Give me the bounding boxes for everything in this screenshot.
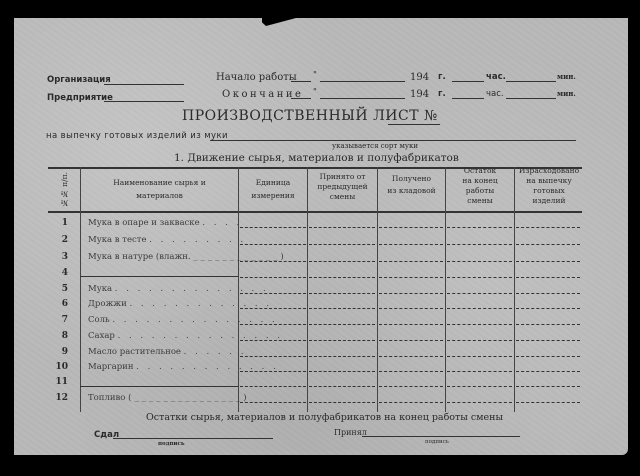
row-cell-field[interactable] [447, 356, 512, 357]
row-number: 11 [48, 377, 68, 387]
start-minutes-field[interactable] [506, 81, 556, 82]
row-number: 7 [48, 315, 68, 325]
row-cell-field[interactable] [516, 340, 580, 341]
row-cell-field[interactable] [309, 402, 375, 403]
row-cell-field[interactable] [447, 308, 512, 309]
end-hours-field[interactable] [452, 98, 484, 99]
enterprise-field[interactable] [104, 101, 184, 102]
column-header-spent: Израсходовано на выпечку готовых изделий [515, 166, 583, 206]
row-cell-field[interactable] [240, 261, 306, 262]
row-cell-field[interactable] [309, 324, 375, 325]
row-cell-field[interactable] [379, 227, 443, 228]
row-cell-field[interactable] [379, 244, 443, 245]
row-item-label: Мука [88, 284, 112, 294]
column-header-spent-line4: изделий [515, 196, 583, 206]
column-header-remainder-line3: работы [446, 186, 514, 196]
flour-grade-field[interactable] [210, 140, 576, 141]
page-title: ПРОИЗВОДСТВЕННЫЙ ЛИСТ № [182, 108, 438, 124]
start-date-field[interactable] [320, 81, 405, 82]
baking-label: на выпечку готовых изделий из муки [46, 131, 228, 141]
start-year: 194 [410, 72, 429, 83]
row-cell-field[interactable] [240, 371, 306, 372]
column-divider [307, 167, 308, 412]
row-cell-field[interactable] [516, 261, 580, 262]
row-cell-field[interactable] [240, 308, 306, 309]
column-header-remainder: Остаток на конец работы смены [446, 166, 514, 206]
end-hours-label: час. [486, 89, 504, 99]
row-leader-dots: . . . . [202, 218, 242, 228]
row-cell-field[interactable] [447, 244, 512, 245]
section-title: 1. Движение сырья, материалов и полуфабр… [174, 152, 459, 164]
row-number: 5 [48, 284, 68, 294]
end-year: 194 [410, 89, 429, 100]
row-leader-dots: (_______________) [128, 393, 249, 403]
row-item-label: Мука в тесте [88, 235, 147, 245]
row-cell-field[interactable] [447, 386, 512, 387]
column-divider [377, 167, 378, 412]
row-cell-field[interactable] [516, 386, 580, 387]
row-cell-field[interactable] [379, 371, 443, 372]
row-cell-field[interactable] [516, 293, 580, 294]
start-label: Начало работы [216, 72, 297, 83]
row-cell-field[interactable] [516, 244, 580, 245]
row-cell-field[interactable] [516, 277, 580, 278]
row-number: 9 [48, 347, 68, 357]
row-cell-field[interactable] [447, 261, 512, 262]
row-cell-field[interactable] [379, 293, 443, 294]
column-header-remainder-line2: на конец [446, 176, 514, 186]
column-header-from-prev-line1: Принято от [308, 172, 377, 182]
remainders-title: Остатки сырья, материалов и полуфабрикат… [146, 412, 503, 423]
column-divider [80, 167, 81, 412]
column-header-name-line1: Наименование сырья и [82, 178, 237, 188]
end-date-field[interactable] [320, 98, 405, 99]
row-item-label: Соль [88, 315, 110, 325]
row-leader-dots: . . . . . . [184, 347, 247, 357]
row-cell-field[interactable] [447, 402, 512, 403]
row-cell-field[interactable] [516, 324, 580, 325]
row-cell-field[interactable] [516, 356, 580, 357]
row-leader-dots: . . . . . . . . . [149, 235, 246, 245]
row-separator [80, 276, 238, 277]
row-number: 4 [48, 268, 68, 278]
column-header-name-line2: материалов [82, 191, 237, 201]
row-cell-field[interactable] [240, 277, 306, 278]
handed-signature-hint: подпись [158, 441, 185, 447]
row-cell-field[interactable] [240, 386, 306, 387]
row-item-label: Сахар [88, 331, 115, 341]
row-cell-field[interactable] [240, 340, 306, 341]
row-cell-field[interactable] [309, 293, 375, 294]
accepted-signature-hint: подпись [425, 439, 449, 445]
row-cell-field[interactable] [240, 244, 306, 245]
row-cell-field[interactable] [240, 402, 306, 403]
row-cell-field[interactable] [240, 356, 306, 357]
row-item-name: Топливо (_______________) [88, 393, 250, 403]
column-header-received: Получено из кладовой [378, 174, 445, 196]
row-cell-field[interactable] [516, 402, 580, 403]
flour-grade-hint: указывается сорт муки [332, 142, 418, 150]
row-item-label: Масло растительное [88, 347, 181, 357]
enterprise-label: Предприятие [47, 93, 113, 103]
row-cell-field[interactable] [379, 356, 443, 357]
column-header-received-line2: из кладовой [378, 186, 445, 196]
row-cell-field[interactable] [309, 308, 375, 309]
start-year-suffix: г. [438, 72, 446, 82]
organization-field[interactable] [104, 84, 184, 85]
row-cell-field[interactable] [309, 340, 375, 341]
row-cell-field[interactable] [309, 261, 375, 262]
accepted-signature-field[interactable] [362, 436, 520, 437]
row-item-label: Топливо [88, 393, 125, 403]
column-header-from-prev: Принято от предыдущей смены [308, 172, 377, 202]
row-cell-field[interactable] [309, 227, 375, 228]
row-cell-field[interactable] [447, 371, 512, 372]
row-cell-field[interactable] [379, 340, 443, 341]
row-cell-field[interactable] [516, 227, 580, 228]
row-cell-field[interactable] [447, 227, 512, 228]
column-header-unit: Единица измерения [239, 178, 307, 201]
row-item-name: Мука в опаре и закваске . . . . [88, 218, 242, 228]
row-number: 8 [48, 331, 68, 341]
start-hours-field[interactable] [452, 81, 484, 82]
row-item-label: Дрожжи [88, 299, 127, 309]
row-cell-field[interactable] [516, 371, 580, 372]
end-year-suffix: г. [438, 89, 446, 99]
row-number: 1 [48, 218, 68, 228]
column-header-remainder-line4: смены [446, 196, 514, 206]
sheet-number-field[interactable] [388, 124, 440, 125]
row-item-label: Мука в натуре (влажн. [88, 252, 191, 262]
column-header-name: Наименование сырья и материалов [82, 178, 237, 201]
row-cell-field[interactable] [309, 371, 375, 372]
column-header-from-prev-line3: смены [308, 192, 377, 202]
start-minutes-label: мин. [557, 72, 576, 81]
row-number: 3 [48, 252, 68, 262]
row-item-label: Маргарин [88, 362, 134, 372]
quote-mark: " [313, 87, 317, 97]
row-cell-field[interactable] [240, 227, 306, 228]
start-hours-label: час. [486, 72, 506, 82]
row-cell-field[interactable] [379, 402, 443, 403]
row-cell-field[interactable] [516, 308, 580, 309]
row-cell-field[interactable] [379, 308, 443, 309]
row-item-name: Масло растительное . . . . . . [88, 347, 246, 357]
start-day-field [291, 81, 311, 82]
row-number: 12 [48, 393, 68, 403]
row-cell-field[interactable] [379, 261, 443, 262]
row-cell-field[interactable] [309, 244, 375, 245]
row-item-label: Мука в опаре и закваске [88, 218, 200, 228]
row-cell-field[interactable] [379, 277, 443, 278]
row-cell-field[interactable] [447, 277, 512, 278]
table-header-border [48, 211, 582, 213]
handed-signature-field[interactable] [113, 438, 273, 439]
row-separator [80, 386, 238, 387]
column-header-received-line1: Получено [378, 174, 445, 184]
row-cell-field[interactable] [379, 324, 443, 325]
row-cell-field[interactable] [447, 340, 512, 341]
end-minutes-label: мин. [557, 89, 576, 98]
row-number: 6 [48, 299, 68, 309]
column-header-spent-line3: готовых [515, 186, 583, 196]
column-header-spent-line1: Израсходовано [515, 166, 583, 176]
end-day-field [291, 98, 311, 99]
column-header-remainder-line1: Остаток [446, 166, 514, 176]
row-cell-field[interactable] [447, 324, 512, 325]
column-header-unit-line1: Единица [239, 178, 307, 188]
quote-mark: " [313, 70, 317, 80]
end-minutes-field[interactable] [506, 98, 556, 99]
row-item-name: Мука в тесте . . . . . . . . . [88, 235, 246, 245]
row-cell-field[interactable] [240, 293, 306, 294]
row-cell-field[interactable] [240, 324, 306, 325]
column-header-from-prev-line2: предыдущей [308, 182, 377, 192]
row-number: 2 [48, 235, 68, 245]
row-cell-field[interactable] [379, 386, 443, 387]
row-number: 10 [48, 362, 68, 372]
row-cell-field[interactable] [309, 277, 375, 278]
column-header-spent-line2: на выпечку [515, 176, 583, 186]
column-header-num: №№ п/п. [52, 172, 78, 208]
row-cell-field[interactable] [447, 293, 512, 294]
column-header-unit-line2: измерения [239, 191, 307, 201]
row-cell-field[interactable] [309, 356, 375, 357]
column-header-num-label: №№ п/п. [60, 172, 70, 207]
organization-label: Организация [47, 75, 111, 85]
row-cell-field[interactable] [309, 386, 375, 387]
